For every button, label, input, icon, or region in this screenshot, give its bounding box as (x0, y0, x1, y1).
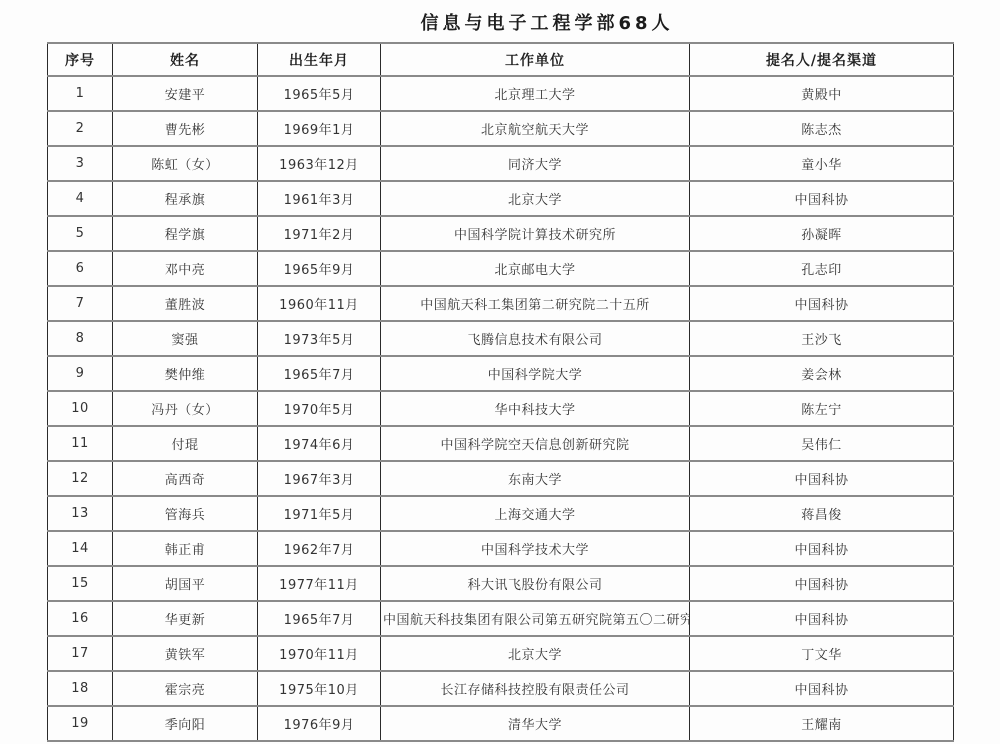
column-header: 序号 (48, 43, 113, 76)
table-row: 13管海兵1971年5月上海交通大学蒋昌俊 (48, 496, 954, 531)
table-cell: 12 (48, 461, 113, 496)
table-cell: 程承旗 (113, 181, 258, 216)
table-cell: 1965年9月 (258, 251, 381, 286)
table-cell: 蒋昌俊 (690, 496, 954, 531)
table-row: 19季向阳1976年9月清华大学王耀南 (48, 706, 954, 741)
table-cell: 董胜波 (113, 286, 258, 321)
table-cell: 中国航天科工集团第二研究院二十五所 (381, 286, 690, 321)
table-cell: 1960年11月 (258, 286, 381, 321)
table-cell: 樊仲维 (113, 356, 258, 391)
table-cell: 陈志杰 (690, 111, 954, 146)
table-cell: 13 (48, 496, 113, 531)
table-cell: 北京大学 (381, 181, 690, 216)
table-cell: 中国科协 (690, 181, 954, 216)
table-row: 1安建平1965年5月北京理工大学黄殿中 (48, 76, 954, 111)
table-cell: 安建平 (113, 76, 258, 111)
table-cell: 19 (48, 706, 113, 741)
table-cell: 北京理工大学 (381, 76, 690, 111)
table-cell: 霍宗亮 (113, 671, 258, 706)
table-row: 10冯丹（女）1970年5月华中科技大学陈左宁 (48, 391, 954, 426)
column-header: 姓名 (113, 43, 258, 76)
table-cell: 东南大学 (381, 461, 690, 496)
table-cell: 3 (48, 146, 113, 181)
table-row: 12高西奇1967年3月东南大学中国科协 (48, 461, 954, 496)
table-row: 11付琨1974年6月中国科学院空天信息创新研究院吴伟仁 (48, 426, 954, 461)
table-body: 1安建平1965年5月北京理工大学黄殿中2曹先彬1969年1月北京航空航天大学陈… (48, 76, 954, 741)
table-cell: 付琨 (113, 426, 258, 461)
table-cell: 6 (48, 251, 113, 286)
table-cell: 4 (48, 181, 113, 216)
table-cell: 1965年7月 (258, 356, 381, 391)
table-cell: 1975年10月 (258, 671, 381, 706)
table-cell: 冯丹（女） (113, 391, 258, 426)
table-cell: 北京航空航天大学 (381, 111, 690, 146)
table-cell: 1977年11月 (258, 566, 381, 601)
table-cell: 1969年1月 (258, 111, 381, 146)
table-cell: 14 (48, 531, 113, 566)
table-cell: 华更新 (113, 601, 258, 636)
table-cell: 中国科协 (690, 566, 954, 601)
table-cell: 1970年5月 (258, 391, 381, 426)
table-cell: 中国科协 (690, 601, 954, 636)
table-row: 7董胜波1960年11月中国航天科工集团第二研究院二十五所中国科协 (48, 286, 954, 321)
table-cell: 科大讯飞股份有限公司 (381, 566, 690, 601)
table-row: 18霍宗亮1975年10月长江存储科技控股有限责任公司中国科协 (48, 671, 954, 706)
table-cell: 同济大学 (381, 146, 690, 181)
table-cell: 1 (48, 76, 113, 111)
table-cell: 中国科协 (690, 671, 954, 706)
table-cell: 邓中亮 (113, 251, 258, 286)
table-row: 3陈虹（女）1963年12月同济大学童小华 (48, 146, 954, 181)
table-row: 15胡国平1977年11月科大讯飞股份有限公司中国科协 (48, 566, 954, 601)
table-cell: 1971年5月 (258, 496, 381, 531)
table-cell: 王沙飞 (690, 321, 954, 356)
table-cell: 1973年5月 (258, 321, 381, 356)
table-cell: 吴伟仁 (690, 426, 954, 461)
table-row: 2曹先彬1969年1月北京航空航天大学陈志杰 (48, 111, 954, 146)
table-cell: 1970年11月 (258, 636, 381, 671)
table-cell: 5 (48, 216, 113, 251)
column-header: 工作单位 (381, 43, 690, 76)
page-title: 信息与电子工程学部68人 (94, 9, 1000, 35)
table-cell: 长江存储科技控股有限责任公司 (381, 671, 690, 706)
table-cell: 1965年7月 (258, 601, 381, 636)
table-cell: 16 (48, 601, 113, 636)
table-cell: 上海交通大学 (381, 496, 690, 531)
table-cell: 2 (48, 111, 113, 146)
table-cell: 黄殿中 (690, 76, 954, 111)
table-cell: 陈虹（女） (113, 146, 258, 181)
table-cell: 季向阳 (113, 706, 258, 741)
table-cell: 曹先彬 (113, 111, 258, 146)
table-cell: 中国科协 (690, 286, 954, 321)
table-cell: 飞腾信息技术有限公司 (381, 321, 690, 356)
table-cell: 8 (48, 321, 113, 356)
table-cell: 北京大学 (381, 636, 690, 671)
table-header-row: 序号姓名出生年月工作单位提名人/提名渠道 (48, 43, 954, 76)
table-cell: 胡国平 (113, 566, 258, 601)
table-cell: 清华大学 (381, 706, 690, 741)
table-cell: 1961年3月 (258, 181, 381, 216)
table-row: 5程学旗1971年2月中国科学院计算技术研究所孙凝晖 (48, 216, 954, 251)
table-row: 8窦强1973年5月飞腾信息技术有限公司王沙飞 (48, 321, 954, 356)
table-row: 16华更新1965年7月中国航天科技集团有限公司第五研究院第五〇二研究所中国科协 (48, 601, 954, 636)
table-cell: 孙凝晖 (690, 216, 954, 251)
table-cell: 高西奇 (113, 461, 258, 496)
table-row: 4程承旗1961年3月北京大学中国科协 (48, 181, 954, 216)
table-cell: 中国航天科技集团有限公司第五研究院第五〇二研究所 (381, 601, 690, 636)
table-cell: 1971年2月 (258, 216, 381, 251)
table-cell: 王耀南 (690, 706, 954, 741)
table-cell: 9 (48, 356, 113, 391)
table-cell: 陈左宁 (690, 391, 954, 426)
table-row: 6邓中亮1965年9月北京邮电大学孔志印 (48, 251, 954, 286)
table-cell: 中国科学院计算技术研究所 (381, 216, 690, 251)
table-cell: 1962年7月 (258, 531, 381, 566)
table-cell: 韩正甫 (113, 531, 258, 566)
column-header: 出生年月 (258, 43, 381, 76)
table-cell: 中国科协 (690, 461, 954, 496)
table-cell: 中国科学技术大学 (381, 531, 690, 566)
table-cell: 中国科学院大学 (381, 356, 690, 391)
table-cell: 7 (48, 286, 113, 321)
table-cell: 程学旗 (113, 216, 258, 251)
table-cell: 15 (48, 566, 113, 601)
table-cell: 1965年5月 (258, 76, 381, 111)
table-cell: 11 (48, 426, 113, 461)
table-cell: 1967年3月 (258, 461, 381, 496)
table-cell: 管海兵 (113, 496, 258, 531)
table-row: 14韩正甫1962年7月中国科学技术大学中国科协 (48, 531, 954, 566)
table-cell: 孔志印 (690, 251, 954, 286)
document-page: 信息与电子工程学部68人 序号姓名出生年月工作单位提名人/提名渠道 1安建平19… (0, 0, 1000, 744)
table-row: 17黄铁军1970年11月北京大学丁文华 (48, 636, 954, 671)
table-cell: 窦强 (113, 321, 258, 356)
table-cell: 1974年6月 (258, 426, 381, 461)
table-cell: 18 (48, 671, 113, 706)
table-cell: 17 (48, 636, 113, 671)
table-cell: 10 (48, 391, 113, 426)
table-cell: 姜会林 (690, 356, 954, 391)
table-cell: 1976年9月 (258, 706, 381, 741)
table-cell: 童小华 (690, 146, 954, 181)
table-cell: 丁文华 (690, 636, 954, 671)
table-cell: 黄铁军 (113, 636, 258, 671)
column-header: 提名人/提名渠道 (690, 43, 954, 76)
table-cell: 华中科技大学 (381, 391, 690, 426)
table-cell: 中国科学院空天信息创新研究院 (381, 426, 690, 461)
table-cell: 1963年12月 (258, 146, 381, 181)
nominees-table: 序号姓名出生年月工作单位提名人/提名渠道 1安建平1965年5月北京理工大学黄殿… (47, 42, 954, 742)
table-row: 9樊仲维1965年7月中国科学院大学姜会林 (48, 356, 954, 391)
table-cell: 北京邮电大学 (381, 251, 690, 286)
table-cell: 中国科协 (690, 531, 954, 566)
